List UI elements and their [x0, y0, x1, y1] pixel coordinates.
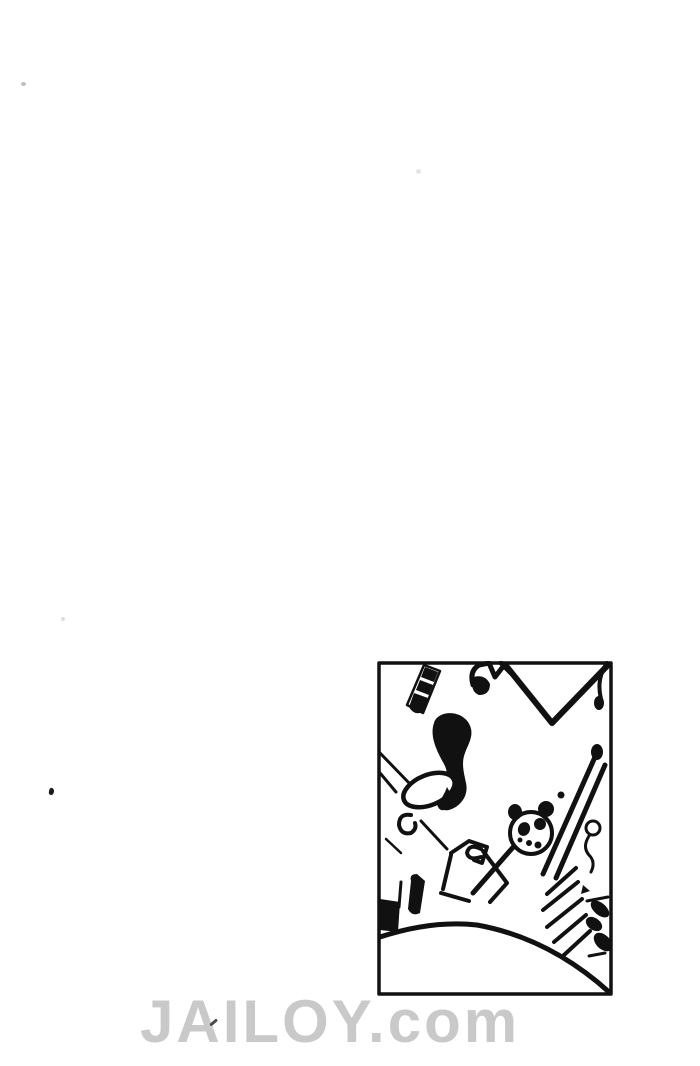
scan-speck [416, 169, 421, 174]
ink-speck [48, 788, 54, 796]
scan-speck [61, 617, 65, 621]
scan-speck [21, 82, 26, 86]
site-watermark: JAILOY.com [140, 992, 520, 1052]
sketch-panel-illustration [377, 661, 613, 996]
left-black-block [380, 899, 400, 932]
manga-page: JAILOY.com [0, 0, 700, 1066]
